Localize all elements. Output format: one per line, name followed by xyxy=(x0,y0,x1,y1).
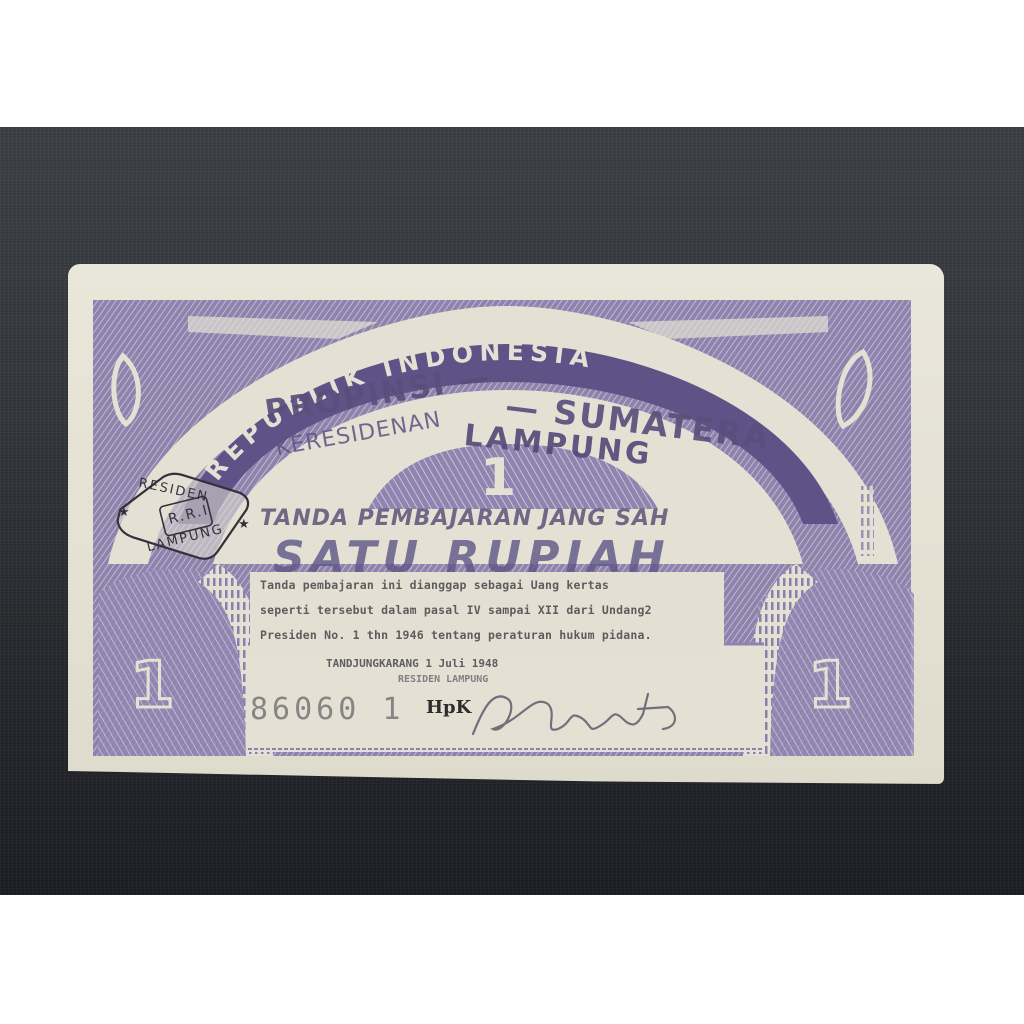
legal-text-line: Presiden No. 1 thn 1946 tentang peratura… xyxy=(260,628,652,642)
legal-text-line: Tanda pembajaran ini dianggap sebagai Ua… xyxy=(260,578,609,592)
corner-numeral-right: 1 xyxy=(808,649,853,723)
signature xyxy=(463,679,703,749)
legal-text-panel: Tanda pembajaran ini dianggap sebagai Ua… xyxy=(250,572,724,658)
center-numeral: 1 xyxy=(480,448,516,508)
star-icon: ★ xyxy=(238,517,252,532)
residency-stamp: RESIDEN R.R.I LAMPUNG ★ ★ xyxy=(110,469,260,564)
serial-number: 86060 1 xyxy=(250,692,404,727)
issue-date-line: TANDJUNGKARANG 1 Juli 1948 xyxy=(326,657,498,670)
corner-numeral-left: 1 xyxy=(130,649,175,723)
legal-tender-line: TANDA PEMBAJARAN JANG SAH xyxy=(260,506,669,531)
star-icon: ★ xyxy=(118,505,132,520)
legal-text-line: seperti tersebut dalam pasal IV sampai X… xyxy=(260,603,652,617)
banknote: REPUBLIK INDONESIA PROPINSI — — SUMATERA… xyxy=(68,264,944,784)
